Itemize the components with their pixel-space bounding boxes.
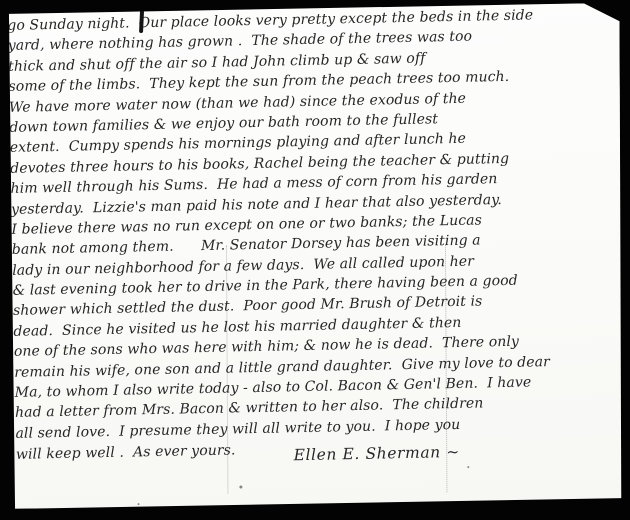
scanned-letter: go Sunday night. Our place looks very pr… xyxy=(0,0,630,520)
letter-text: go Sunday night. Our place looks very pr… xyxy=(7,4,618,474)
closing-text: will keep well . As ever yours. xyxy=(16,443,236,463)
paper-speck xyxy=(138,503,140,505)
paper-speck xyxy=(467,466,469,468)
signature: Ellen E. Sherman ~ xyxy=(293,442,460,466)
paper-speck xyxy=(239,485,242,488)
letter-page: go Sunday night. Our place looks very pr… xyxy=(6,3,622,509)
